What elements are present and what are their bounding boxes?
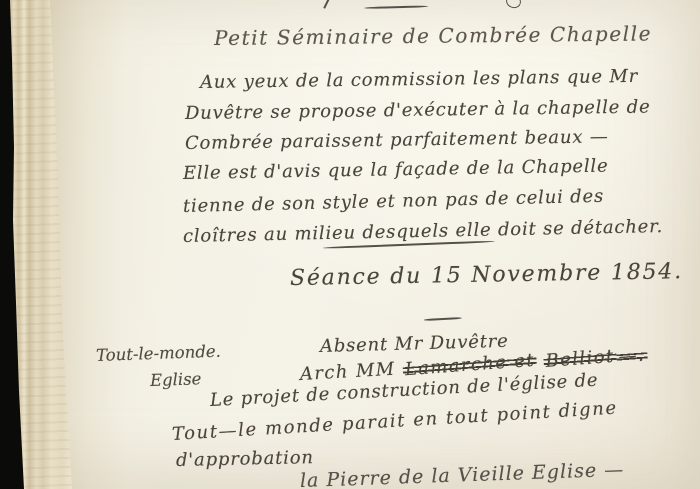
stray-stroke (323, 0, 330, 9)
manuscript-page: Petit Séminaire de Combrée Chapelle Aux … (0, 0, 700, 489)
margin-note-eglise: Eglise (150, 369, 202, 390)
paragraph1-line: Combrée paraissent parfaitement beaux — (185, 126, 609, 154)
session-dash (424, 317, 462, 321)
page-heading: Petit Séminaire de Combrée Chapelle (214, 21, 652, 50)
paragraph2-line: d'approbation (176, 447, 314, 471)
margin-note-tout-le-monde: Tout-le-monde. (96, 342, 221, 365)
struck-scribble-tail: —. (616, 344, 648, 367)
top-short-rule (364, 5, 428, 8)
paragraph1-line: Duvêtre se propose d'exécuter à la chape… (185, 97, 651, 124)
paragraph1-line: Aux yeux de la commission les plans que … (200, 66, 638, 93)
paragraph1-line: tienne de son style et non pas de celui … (183, 186, 604, 217)
struck-name-belliot: Belliot (543, 346, 617, 372)
stray-descender-loop (504, 0, 522, 10)
bottom-partial-line: la Pierre de la Vieille Eglise — (300, 459, 625, 489)
paragraph1-line: Elle est d'avis que la façade de la Chap… (183, 156, 609, 184)
session-title: Séance du 15 Novembre 1854. (290, 259, 683, 291)
